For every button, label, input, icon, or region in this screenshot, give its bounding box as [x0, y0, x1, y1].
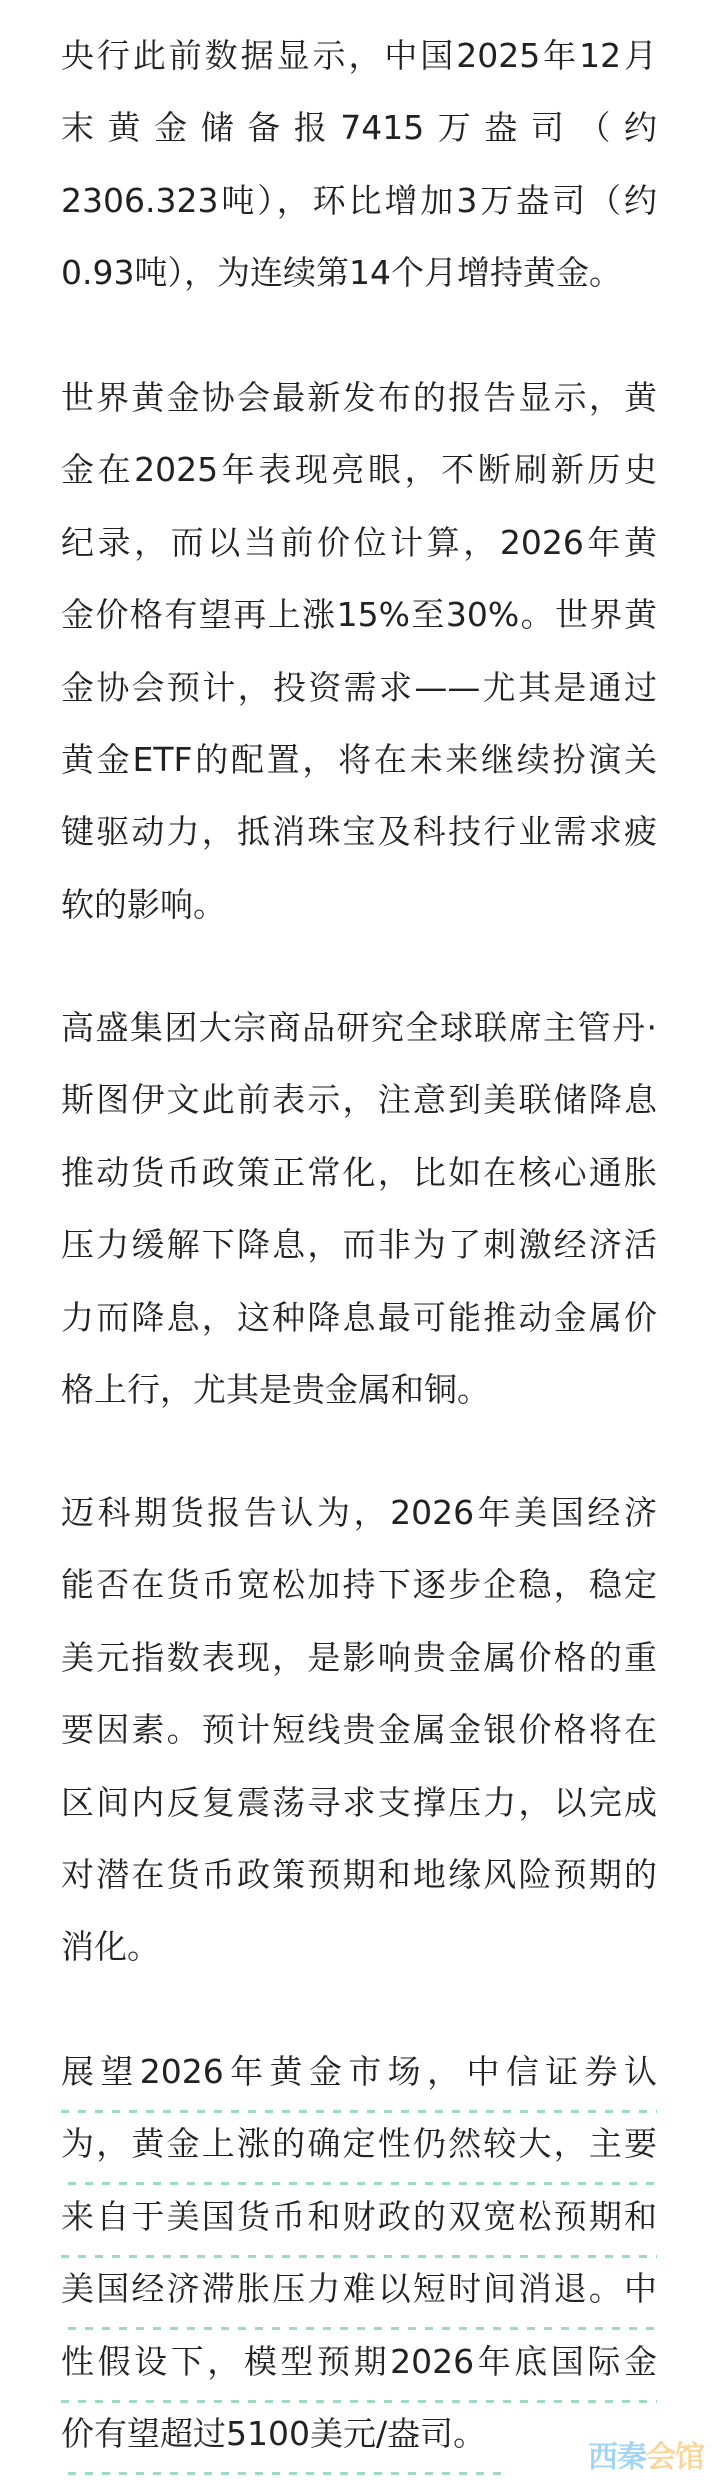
underlined-text-line: 美国经济滞胀压力难以短时间消退。中 [61, 2253, 657, 2325]
underlined-text-line: 来自于美国货币和财政的双宽松预期和 [61, 2181, 657, 2253]
paragraph-goldman-sachs: 高盛集团大宗商品研究全球联席主管丹· 斯图伊文此前表示，注意到美联储降息 推动货… [61, 992, 657, 1426]
text-line: 0.93吨），为连续第14个月增持黄金。 [61, 237, 657, 309]
underlined-text-line: 为，黄金上涨的确定性仍然较大，主要 [61, 2108, 657, 2180]
paragraph-citic-securities-highlighted: 展望2026年黄金市场，中信证券认 为，黄金上涨的确定性仍然较大，主要 来自于美… [61, 2036, 657, 2470]
text-line: 要因素。预计短线贵金属金银价格将在 [61, 1694, 657, 1766]
watermark-text-orange: 会馆 [646, 2440, 704, 2475]
text-line: 能否在货币宽松加持下逐步企稳，稳定 [61, 1549, 657, 1621]
text-line: 消化。 [61, 1911, 657, 1983]
underlined-text-line: 价有望超过5100美元/盎司。 [61, 2398, 657, 2470]
text-line: 压力缓解下降息，而非为了刺激经济活 [61, 1209, 657, 1281]
text-line: 纪录，而以当前价位计算，2026年黄 [61, 507, 657, 579]
underlined-text-line: 展望2026年黄金市场，中信证券认 [61, 2036, 657, 2108]
text-line: 区间内反复震荡寻求支撑压力，以完成 [61, 1767, 657, 1839]
text-line: 世界黄金协会最新发布的报告显示，黄 [61, 362, 657, 434]
underlined-text-line: 性假设下，模型预期2026年底国际金 [61, 2326, 657, 2398]
text-line: 2306.323吨），环比增加3万盎司（约 [61, 165, 657, 237]
text-line: 对潜在货币政策预期和地缘风险预期的 [61, 1839, 657, 1911]
text-line: 末黄金储备报7415万盎司（约 [61, 92, 657, 164]
text-line: 格上行，尤其是贵金属和铜。 [61, 1354, 657, 1426]
watermark-logo: 西秦会馆 [588, 2440, 704, 2476]
text-line: 美元指数表现，是影响贵金属价格的重 [61, 1622, 657, 1694]
text-line: 力而降息，这种降息最可能推动金属价 [61, 1282, 657, 1354]
text-line: 迈科期货报告认为，2026年美国经济 [61, 1477, 657, 1549]
text-line: 金价格有望再上涨15%至30%。世界黄 [61, 579, 657, 651]
text-line: 央行此前数据显示，中国2025年12月 [61, 20, 657, 92]
watermark-text-blue: 西秦 [588, 2440, 646, 2475]
paragraph-maike-futures: 迈科期货报告认为，2026年美国经济 能否在货币宽松加持下逐步企稳，稳定 美元指… [61, 1477, 657, 1984]
text-line: 黄金ETF的配置，将在未来继续扮演关 [61, 724, 657, 796]
text-line: 软的影响。 [61, 869, 657, 941]
text-line: 金协会预计，投资需求——尤其是通过 [61, 652, 657, 724]
text-line: 高盛集团大宗商品研究全球联席主管丹· [61, 992, 657, 1064]
paragraph-pboc-gold-reserves: 央行此前数据显示，中国2025年12月 末黄金储备报7415万盎司（约 2306… [61, 20, 657, 310]
text-line: 金在2025年表现亮眼，不断刷新历史 [61, 434, 657, 506]
text-line: 斯图伊文此前表示，注意到美联储降息 [61, 1064, 657, 1136]
text-line: 键驱动力，抵消珠宝及科技行业需求疲 [61, 796, 657, 868]
text-line: 推动货币政策正常化，比如在核心通胀 [61, 1137, 657, 1209]
paragraph-world-gold-council: 世界黄金协会最新发布的报告显示，黄 金在2025年表现亮眼，不断刷新历史 纪录，… [61, 362, 657, 941]
